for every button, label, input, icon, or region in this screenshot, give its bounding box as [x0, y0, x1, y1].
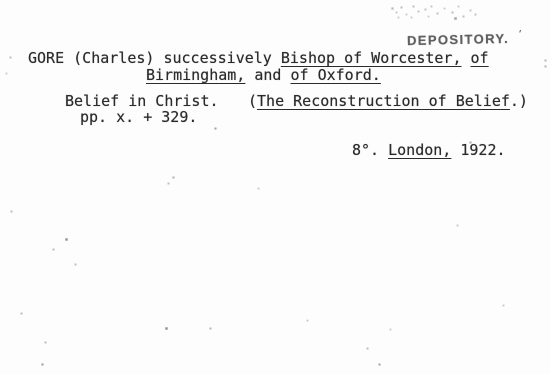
heading-line-2: Birmingham, and of Oxford. — [146, 67, 381, 83]
scan-noise — [0, 0, 1, 1]
heading-author-statement: GORE (Charles) successively — [28, 49, 281, 67]
alternate-title: (The Reconstruction of Belief.) — [248, 93, 528, 109]
stray-pen-mark: ' — [516, 27, 523, 41]
heading-title-of: of — [471, 49, 489, 67]
alternate-title-text: The Reconstruction of Belief — [257, 92, 510, 110]
paren-open: ( — [248, 92, 257, 110]
depository-stamp: DEPOSITORY. — [407, 31, 509, 48]
heading-space — [462, 49, 471, 67]
heading-line-1: GORE (Charles) successively Bishop of Wo… — [28, 50, 489, 66]
catalog-card: DEPOSITORY. ' GORE (Charles) successivel… — [0, 0, 550, 374]
heading-title-oxford: of Oxford. — [291, 66, 381, 84]
heading-connector: and — [245, 66, 290, 84]
imprint-line: 8°. London, 1922. — [352, 142, 506, 158]
imprint-place: London, — [388, 141, 451, 159]
work-title: Belief in Christ. — [65, 93, 219, 109]
heading-title-worcester: Bishop of Worcester, — [281, 49, 462, 67]
format-octavo: 8°. — [352, 141, 388, 159]
collation-statement: pp. x. + 329. — [80, 109, 197, 125]
heading-title-birmingham: Birmingham, — [146, 66, 245, 84]
paren-close: .) — [510, 92, 528, 110]
imprint-year: 1922. — [451, 141, 505, 159]
